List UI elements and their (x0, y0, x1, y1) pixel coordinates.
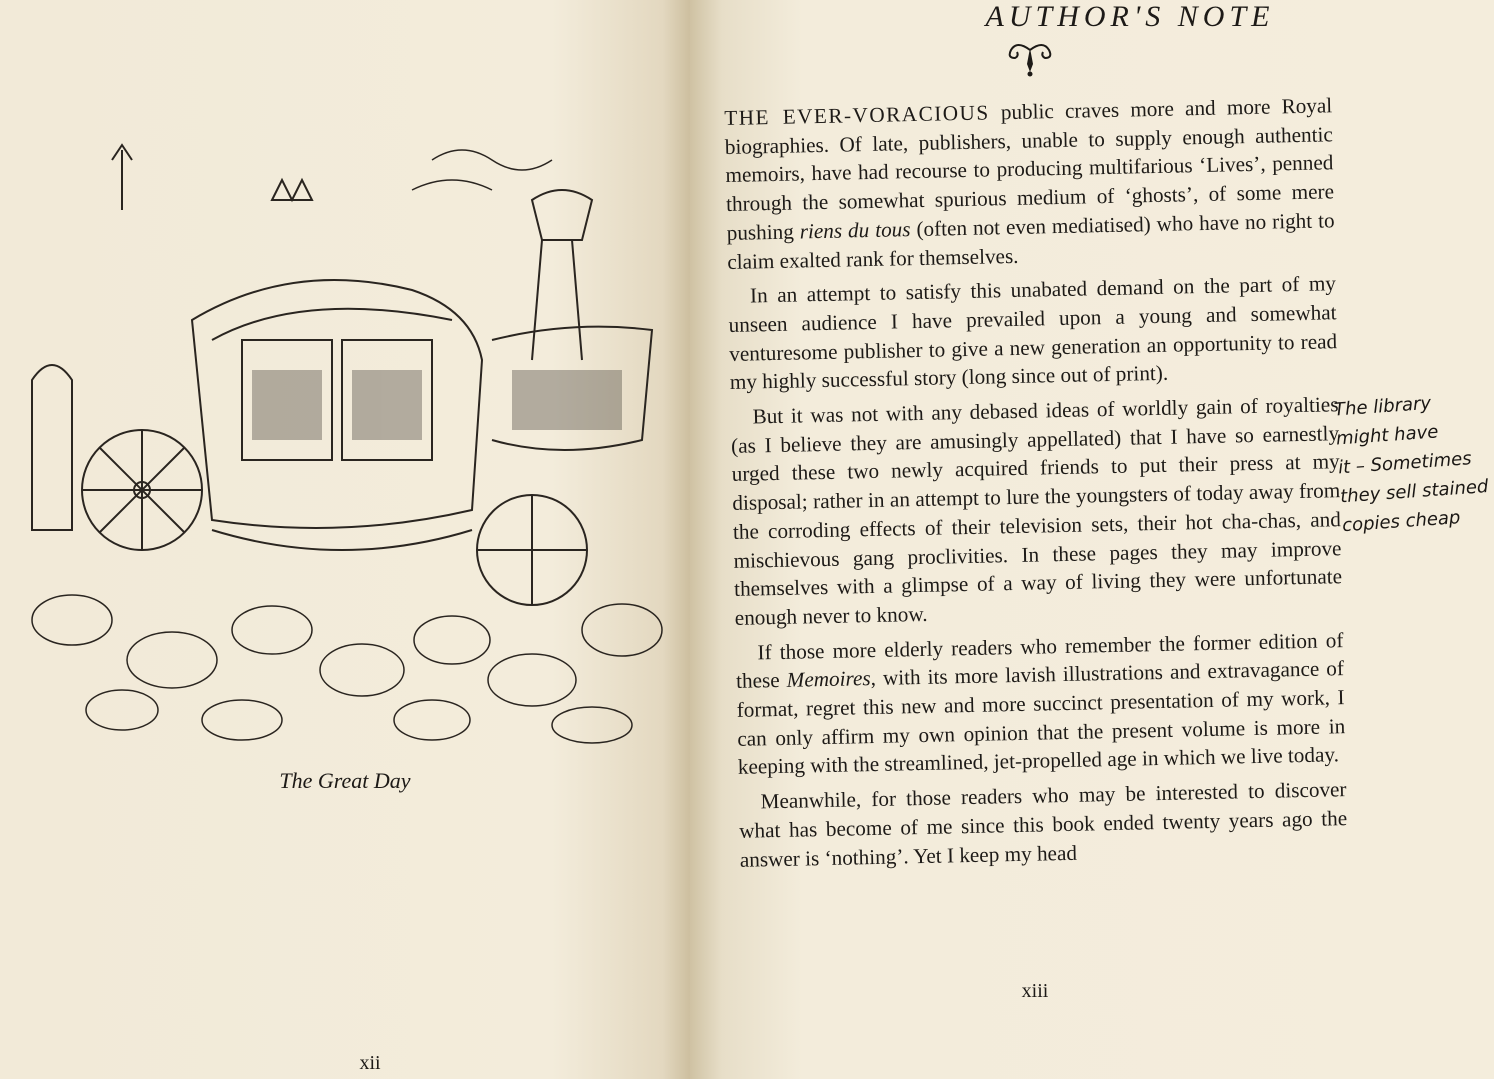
page-title: AUTHOR'S NOTE (880, 0, 1380, 34)
paragraph-5: Meanwhile, for those readers who may be … (738, 775, 1348, 874)
italic-phrase: Memoires (786, 666, 870, 692)
paragraph-3: But it was not with any debased ideas of… (730, 390, 1343, 632)
left-page: The Great Day xii (0, 0, 690, 1079)
paragraph-4: If those more elderly readers who rememb… (735, 626, 1346, 782)
page-number-left: xii (0, 1052, 740, 1075)
paragraph-lead: THE EVER-VORACIOUS (724, 100, 990, 130)
illustration-caption: The Great Day (0, 768, 690, 794)
royal-coach-illustration (12, 140, 684, 750)
paragraph-1: THE EVER-VORACIOUS public craves more an… (724, 91, 1335, 276)
author-note-body: THE EVER-VORACIOUS public craves more an… (724, 91, 1348, 880)
italic-phrase: riens du tous (799, 217, 910, 243)
page-number-right: xiii (1010, 980, 1060, 1003)
paragraph-2: In an attempt to satisfy this unabated d… (728, 269, 1338, 397)
fleuron-icon (1005, 42, 1055, 78)
handwritten-margin-note: The library might have it – Sometimes th… (1333, 385, 1494, 541)
right-page: AUTHOR'S NOTE THE EVER-VORACIOUS public … (690, 0, 1494, 1079)
book-spread: The Great Day xii AUTHOR'S NOTE THE EVER… (0, 0, 1494, 1079)
